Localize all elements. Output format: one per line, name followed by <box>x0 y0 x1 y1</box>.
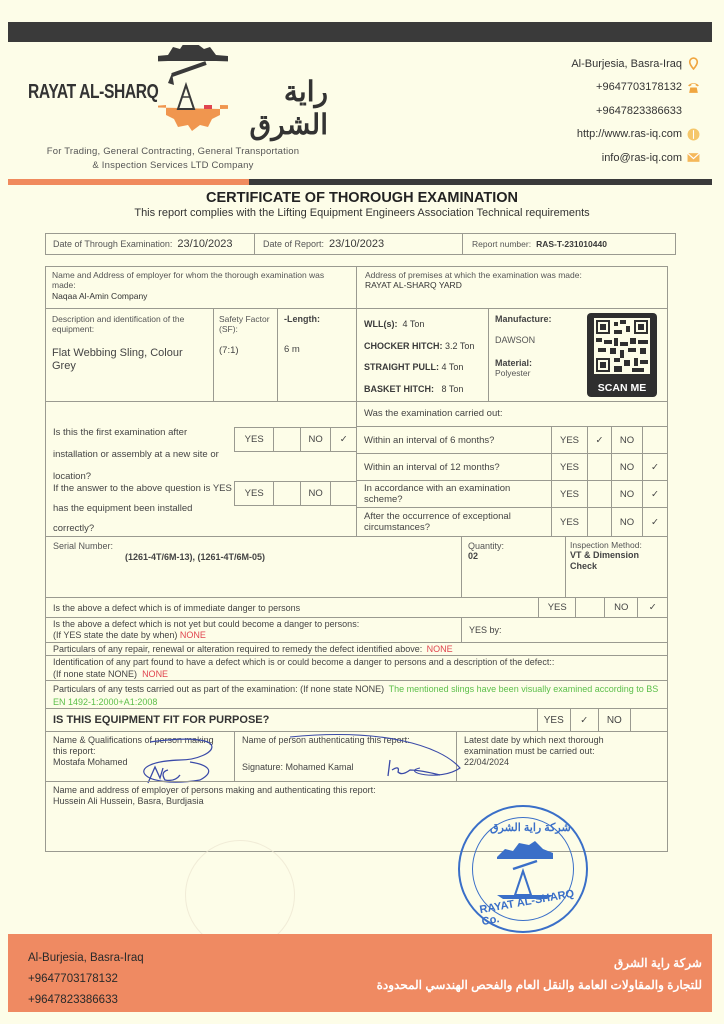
authenticator-label: Name of person authenticating this repor… <box>242 735 449 745</box>
location-pin-icon <box>687 57 700 70</box>
wll-label: WLL(s): <box>364 319 398 329</box>
no-label: NO <box>612 427 643 453</box>
no-label: NO <box>612 454 643 480</box>
contact-address-text: Al-Burjesia, Basra-Iraq <box>571 58 682 70</box>
report-maker-value: Mostafa Mohamed <box>53 757 227 768</box>
exceptional-answer: YES NO ✓ <box>551 507 668 537</box>
yes-label: YES <box>235 428 274 451</box>
wll-value: 4 Ton <box>403 319 425 329</box>
company-name-ar: راية الشرق <box>213 75 328 141</box>
no-label: NO <box>605 598 638 617</box>
stamp-pumpjack-icon <box>495 839 555 899</box>
basket-label: BASKET HITCH: <box>364 384 434 394</box>
next-exam-date: 22/04/2024 <box>464 757 660 768</box>
scheme-row: In accordance with an examination scheme… <box>356 480 552 508</box>
installed-correctly-answer: YES NO <box>234 481 357 506</box>
qr-code[interactable]: SCAN ME <box>587 313 657 397</box>
no-label: NO <box>612 481 643 507</box>
employer-value: Naqaa Al-Amin Company <box>52 291 350 301</box>
serial-number-label: Serial Number: <box>53 541 454 551</box>
yes-checkbox[interactable] <box>274 428 301 451</box>
yes-label: YES <box>552 481 588 507</box>
wll-cell: WLL(s): 4 Ton CHOCKER HITCH: 3.2 Ton STR… <box>356 308 489 402</box>
yes-checkbox[interactable] <box>588 481 612 507</box>
yes-label: YES <box>552 454 588 480</box>
authenticator-value: Signature: Mohamed Kamal <box>242 762 449 772</box>
no-label: NO <box>301 428 332 451</box>
yes-label: YES <box>552 508 588 536</box>
serial-number-cell: Serial Number: (1261-4T/6M-13), (1261-4T… <box>45 536 462 598</box>
company-logo: RAYAT AL-SHARQ راية الشرق <box>28 45 328 145</box>
divider-orange <box>8 179 249 185</box>
exam-date-field: Date of Through Examination: 23/10/2023 <box>45 233 255 255</box>
contact-address: Al-Burjesia, Basra-Iraq <box>571 52 700 76</box>
footer-arabic-line-2: للتجارة والمقاولات العامة والنقل العام و… <box>377 974 702 996</box>
no-checkbox[interactable] <box>643 427 667 453</box>
no-checkbox[interactable]: ✓ <box>331 428 356 451</box>
employer-label: Name and Address of employer for whom th… <box>52 270 337 290</box>
future-danger-value: NONE <box>180 630 206 640</box>
company-name-en: RAYAT AL-SHARQ <box>28 81 158 104</box>
length-label: -Length: <box>284 314 350 324</box>
no-checkbox[interactable]: ✓ <box>643 481 667 507</box>
no-label: NO <box>301 482 332 505</box>
first-exam-questions: Is this the first examination after inst… <box>45 401 357 537</box>
fit-for-purpose-answer: YES ✓ NO <box>537 708 668 732</box>
no-checkbox[interactable]: ✓ <box>638 598 667 617</box>
fit-for-purpose-question: IS THIS EQUIPMENT FIT FOR PURPOSE? <box>53 714 269 726</box>
footer-bar: Al-Burjesia, Basra-Iraq +9647703178132 +… <box>8 934 712 1012</box>
future-danger-row: Is the above a defect which is not yet b… <box>45 617 462 643</box>
qr-code-icon <box>594 318 650 374</box>
straight-label: STRAIGHT PULL: <box>364 362 439 372</box>
inspection-method-label: Inspection Method: <box>570 540 663 550</box>
authenticator-cell: Name of person authenticating this repor… <box>234 731 457 782</box>
phone-icon <box>687 81 700 94</box>
employer-cell: Name and Address of employer for whom th… <box>45 266 357 309</box>
interval-6-row: Within an interval of 6 months? <box>356 426 552 454</box>
tests-label: Particulars of any tests carried out as … <box>53 684 384 694</box>
no-checkbox[interactable] <box>331 482 356 505</box>
exam-date-value: 23/10/2023 <box>177 238 232 250</box>
interval-6-question: Within an interval of 6 months? <box>364 435 494 446</box>
repair-label: Particulars of any repair, renewal or al… <box>53 644 422 654</box>
scheme-answer: YES NO ✓ <box>551 480 668 508</box>
yes-checkbox[interactable] <box>576 598 605 617</box>
choker-label: CHOCKER HITCH: <box>364 341 443 351</box>
premises-value: RAYAT AL-SHARQ YARD <box>365 280 659 290</box>
safety-factor-cell: Safety Factor (SF): (7:1) <box>213 308 278 402</box>
yes-by-label: YES by: <box>469 625 502 635</box>
exceptional-question: After the occurrence of exceptional circ… <box>364 511 544 533</box>
interval-12-question: Within an interval of 12 months? <box>364 462 500 473</box>
length-value: 6 m <box>284 344 350 355</box>
report-maker-label: Name & Qualifications of person making t… <box>53 735 218 757</box>
qr-pattern <box>594 318 650 374</box>
tagline-line-2: & Inspection Services LTD Company <box>28 159 318 173</box>
yes-checkbox[interactable]: ✓ <box>571 709 600 731</box>
report-number-label: Report number: <box>472 239 531 249</box>
next-exam-label: Latest date by which next thorough exami… <box>464 735 644 757</box>
footer-address: Al-Burjesia, Basra-Iraq <box>28 948 144 969</box>
email-icon <box>687 151 700 164</box>
exceptional-row: After the occurrence of exceptional circ… <box>356 507 552 537</box>
safety-factor-value: (7:1) <box>219 345 272 356</box>
certificate-subtitle: This report complies with the Lifting Eq… <box>0 207 724 219</box>
inspection-method-value: VT & Dimension Check <box>570 550 650 572</box>
tagline-line-1: For Trading, General Contracting, Genera… <box>28 145 318 159</box>
identification-hint: (If none state NONE) <box>53 669 137 679</box>
next-exam-cell: Latest date by which next thorough exami… <box>456 731 668 782</box>
yes-checkbox[interactable]: ✓ <box>588 427 612 453</box>
exam-interval-heading: Was the examination carried out: <box>364 408 503 419</box>
interval-12-answer: YES NO ✓ <box>551 453 668 481</box>
installed-correctly-question: If the answer to the above question is Y… <box>53 479 233 539</box>
stamp-text-arabic: شركة راية الشرق <box>490 821 571 834</box>
safety-factor-label: Safety Factor (SF): <box>219 314 272 334</box>
identification-row: Identification of any part found to have… <box>45 655 668 681</box>
report-date-label: Date of Report: <box>263 239 324 249</box>
identification-label: Identification of any part found to have… <box>53 657 660 669</box>
report-number-value: RAS-T-231010440 <box>536 239 607 249</box>
header-top-bar <box>8 22 712 42</box>
choker-row: CHOCKER HITCH: 3.2 Ton <box>364 336 481 358</box>
equipment-description-cell: Description and identification of the eq… <box>45 308 214 402</box>
no-checkbox[interactable]: ✓ <box>643 454 667 480</box>
email-link[interactable]: info@ras-iq.com <box>602 152 682 164</box>
no-checkbox[interactable]: ✓ <box>643 508 667 536</box>
report-date-value: 23/10/2023 <box>329 238 384 250</box>
no-checkbox[interactable] <box>631 709 667 731</box>
future-danger-hint: (If YES state the date by when) <box>53 630 177 640</box>
first-exam-answer: YES NO ✓ <box>234 427 357 452</box>
company-stamp: شركة راية الشرق RAYAT AL-SHARQ Co. <box>458 805 588 933</box>
choker-value: 3.2 Ton <box>445 341 474 351</box>
equipment-description-value: Flat Webbing Sling, Colour Grey <box>52 347 207 373</box>
report-maker-cell: Name & Qualifications of person making t… <box>45 731 235 782</box>
repair-row: Particulars of any repair, renewal or al… <box>45 642 668 656</box>
globe-icon <box>687 128 700 141</box>
report-number-field: Report number: RAS-T-231010440 <box>462 233 676 255</box>
contact-list: Al-Burjesia, Basra-Iraq +9647703178132 +… <box>571 52 700 170</box>
contact-email[interactable]: info@ras-iq.com <box>571 146 700 170</box>
immediate-danger-answer: YES NO ✓ <box>538 597 668 618</box>
basket-row: BASKET HITCH: 8 Ton <box>364 379 481 401</box>
tests-row: Particulars of any tests carried out as … <box>45 680 668 709</box>
straight-value: 4 Ton <box>442 362 464 372</box>
yes-label: YES <box>552 427 588 453</box>
yes-checkbox[interactable] <box>588 454 612 480</box>
future-danger-yes-by: YES by: <box>461 617 668 643</box>
contact-phone-1: +9647703178132 <box>571 76 700 100</box>
quantity-cell: Quantity: 02 <box>461 536 566 598</box>
interval-6-answer: YES ✓ NO <box>551 426 668 454</box>
identification-value: NONE <box>142 669 168 679</box>
divider-dark <box>249 179 712 185</box>
yes-label: YES <box>235 482 274 505</box>
yes-label: YES <box>538 709 571 731</box>
fit-for-purpose-row: IS THIS EQUIPMENT FIT FOR PURPOSE? <box>45 708 538 732</box>
certificate-title: CERTIFICATE OF THOROUGH EXAMINATION <box>0 190 724 206</box>
footer-arabic-name: شركة راية الشرق للتجارة والمقاولات العام… <box>377 952 702 996</box>
contact-phone-1-text: +9647703178132 <box>596 81 682 93</box>
contact-website[interactable]: http://www.ras-iq.com <box>571 123 700 147</box>
scheme-question: In accordance with an examination scheme… <box>364 483 544 505</box>
equipment-description-label: Description and identification of the eq… <box>52 314 207 334</box>
qr-scan-label: SCAN ME <box>587 382 657 394</box>
report-date-field: Date of Report: 23/10/2023 <box>254 233 463 255</box>
quantity-value: 02 <box>468 551 559 561</box>
footer-contacts: Al-Burjesia, Basra-Iraq +9647703178132 +… <box>28 948 144 1011</box>
yes-label: YES <box>539 598 576 617</box>
employer-of-persons-label: Name and address of employer of persons … <box>53 785 660 796</box>
footer-phone-2: +9647823386633 <box>28 990 144 1011</box>
yes-checkbox[interactable] <box>274 482 301 505</box>
yes-checkbox[interactable] <box>588 508 612 536</box>
website-link[interactable]: http://www.ras-iq.com <box>577 128 682 140</box>
serial-number-value: (1261-4T/6M-13), (1261-4T/6M-05) <box>125 552 454 562</box>
immediate-danger-row: Is the above a defect which is of immedi… <box>45 597 539 618</box>
inspection-method-cell: Inspection Method: VT & Dimension Check <box>565 536 668 598</box>
wll-row: WLL(s): 4 Ton <box>364 314 481 336</box>
contact-phone-2: +9647823386633 <box>571 99 700 123</box>
footer-phone-1: +9647703178132 <box>28 969 144 990</box>
company-tagline: For Trading, General Contracting, Genera… <box>28 145 318 173</box>
future-danger-question: Is the above a defect which is not yet b… <box>53 619 454 630</box>
immediate-danger-question: Is the above a defect which is of immedi… <box>53 603 300 613</box>
employer-of-persons-value: Hussein Ali Hussein, Basra, Burdjasia <box>53 796 660 807</box>
interval-12-row: Within an interval of 12 months? <box>356 453 552 481</box>
footer-arabic-line-1: شركة راية الشرق <box>377 952 702 974</box>
no-label: NO <box>612 508 643 536</box>
exam-date-label: Date of Through Examination: <box>53 239 172 249</box>
no-label: NO <box>599 709 631 731</box>
contact-phone-2-text: +9647823386633 <box>596 105 682 117</box>
premises-label: Address of premises at which the examina… <box>365 270 659 280</box>
premises-cell: Address of premises at which the examina… <box>356 266 668 309</box>
straight-row: STRAIGHT PULL: 4 Ton <box>364 357 481 379</box>
quantity-label: Quantity: <box>468 541 559 551</box>
basket-value: 8 Ton <box>442 384 464 394</box>
repair-value: NONE <box>427 644 453 654</box>
length-cell: -Length: 6 m <box>277 308 357 402</box>
